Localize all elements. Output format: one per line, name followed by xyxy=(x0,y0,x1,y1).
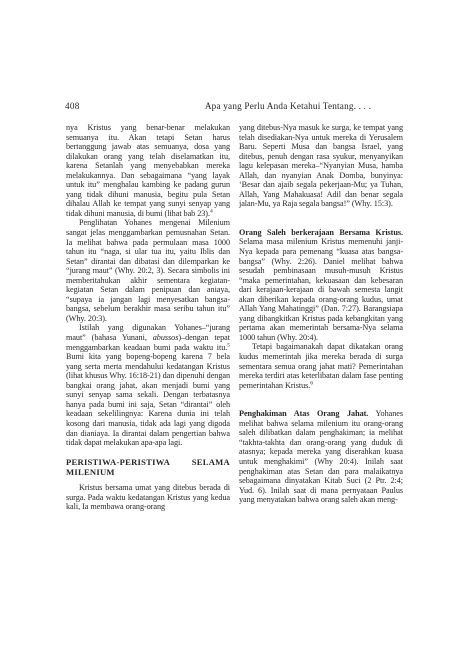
left-column: nya Kristus yang benar-benar melakukan s… xyxy=(66,123,230,531)
text-segment-sup: 6 xyxy=(310,380,313,386)
text-segment-normal: Selama masa milenium Kristus memenuhi ja… xyxy=(239,237,403,341)
text-segment-normal: nya Kristus yang benar-benar melakukan s… xyxy=(66,123,230,218)
paragraph: Tetapi bagaimanakah dapat dikatakan oran… xyxy=(239,342,403,390)
text-segment-normal: PERISTIWA-PERISTIWA SELAMA MILENIUM xyxy=(66,457,230,477)
book-page: { "page": { "number": "408", "running_ti… xyxy=(0,0,460,650)
text-segment-bold: Penghakiman Atas Orang Jahat. xyxy=(239,409,368,418)
text-columns: nya Kristus yang benar-benar melakukan s… xyxy=(66,123,404,531)
paragraph: Kristus bersama umat yang ditebus berada… xyxy=(66,483,230,512)
paragraph: Penghakiman Atas Orang Jahat. Yohanes me… xyxy=(239,409,403,504)
page-number: 408 xyxy=(65,99,80,113)
text-segment-bold: Orang Saleh berkerajaan Bersama Kristus. xyxy=(239,228,403,237)
right-column: yang ditebus-Nya masuk ke surga, ke temp… xyxy=(239,123,403,531)
text-segment-sup: 4 xyxy=(210,208,213,214)
paragraph: nya Kristus yang benar-benar melakukan s… xyxy=(66,123,230,218)
text-segment-normal: Kristus bersama umat yang ditebus berada… xyxy=(66,483,230,511)
paragraph: Orang Saleh berkerajaan Bersama Kristus.… xyxy=(239,228,403,343)
text-segment-normal: Yohanes melihat bahwa selama milenium it… xyxy=(239,409,403,504)
text-segment-italic: abussos xyxy=(153,333,179,342)
paragraph: yang ditebus-Nya masuk ke surga, ke temp… xyxy=(239,123,403,209)
section-heading: PERISTIWA-PERISTIWA SELAMA MILENIUM xyxy=(66,457,230,477)
text-segment-normal: Penglihatan Yohanes mengenai Milenium sa… xyxy=(66,218,230,322)
text-segment-normal: Tetapi bagaimanakah dapat dikatakan oran… xyxy=(239,342,403,389)
running-title: Apa yang Perlu Anda Ketahui Tentang. . .… xyxy=(171,99,405,113)
paragraph: Penglihatan Yohanes mengenai Milenium sa… xyxy=(66,218,230,323)
paragraph: Istilah yang digunakan Yohanes–“jurang m… xyxy=(66,323,230,447)
text-segment-sup: 5 xyxy=(227,342,230,348)
text-segment-normal: yang ditebus-Nya masuk ke surga, ke temp… xyxy=(239,123,403,208)
text-segment-normal: Bumi kita yang bopeng-bopeng karena 7 be… xyxy=(66,352,230,447)
page-header: 408 Apa yang Perlu Anda Ketahui Tentang.… xyxy=(63,99,405,113)
